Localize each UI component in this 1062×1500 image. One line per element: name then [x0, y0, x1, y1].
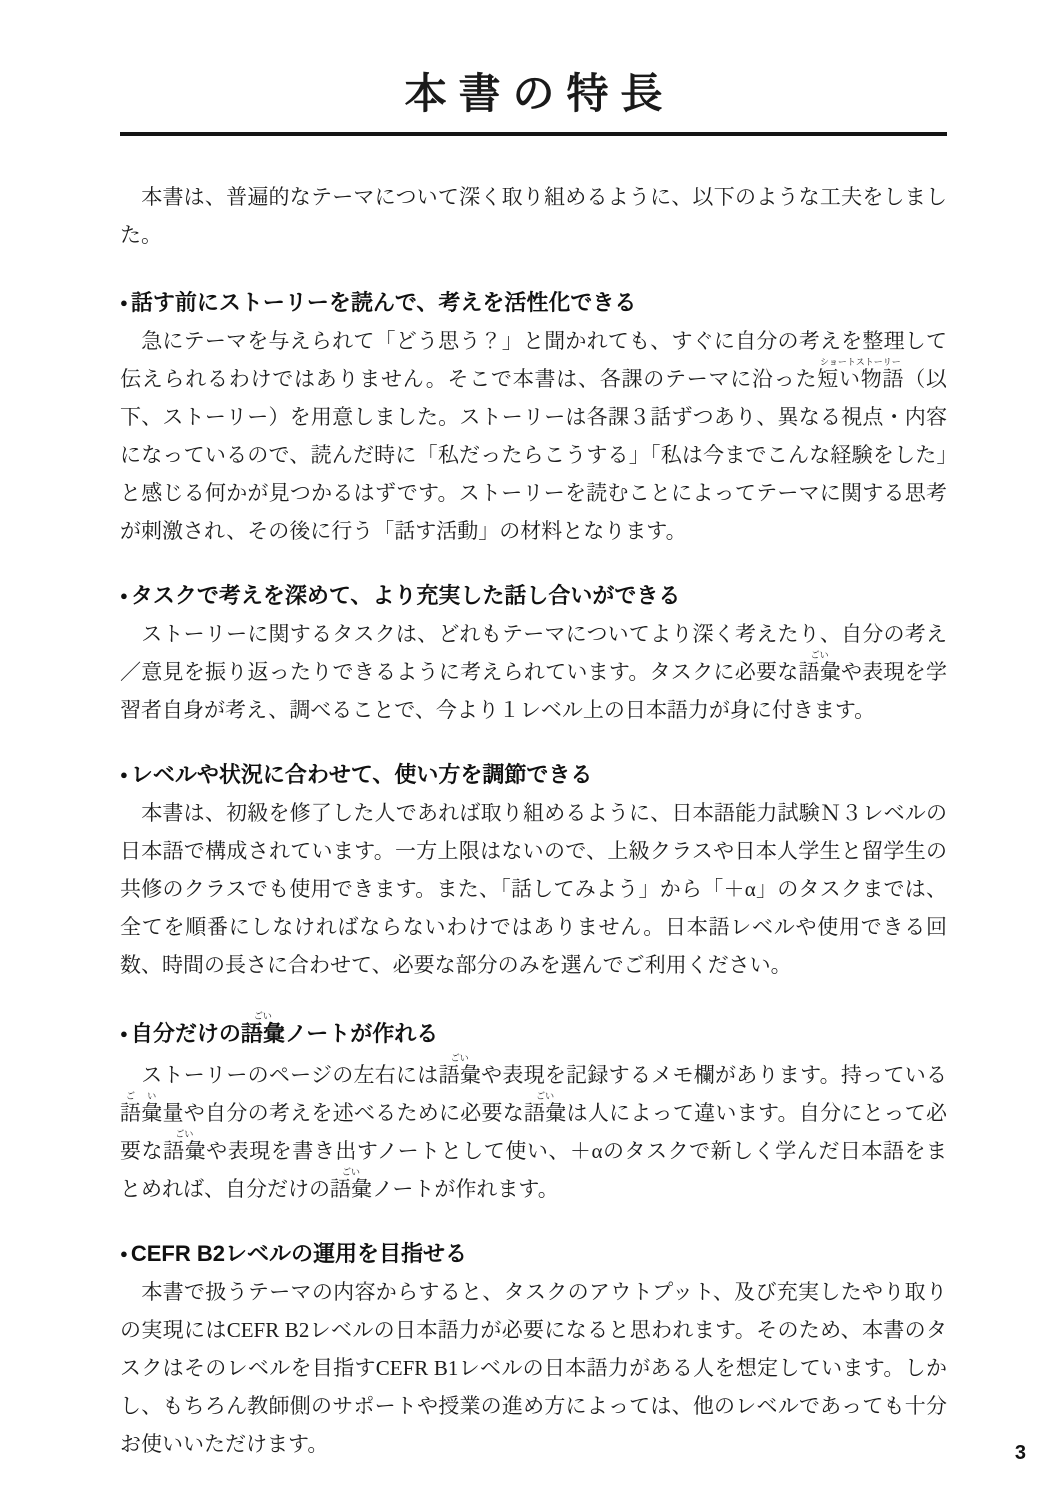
section-heading-text: 自分だけの語彙ごいノートが作れる: [131, 1021, 438, 1046]
section-heading-text: レベルや状況に合わせて、使い方を調節できる: [131, 762, 593, 787]
feature-section: ●タスクで考えを深めて、より充実した話し合いができる ストーリーに関するタスクは…: [120, 577, 947, 729]
section-heading: ●タスクで考えを深めて、より充実した話し合いができる: [120, 577, 947, 615]
bullet-icon: ●: [120, 767, 128, 782]
intro-paragraph: 本書は、普遍的なテーマについて深く取り組めるように、以下のような工夫をしました。: [120, 178, 947, 254]
bullet-icon: ●: [120, 588, 128, 603]
section-heading: ●レベルや状況に合わせて、使い方を調節できる: [120, 756, 947, 794]
bullet-icon: ●: [120, 295, 128, 310]
section-paragraph: 本書は、初級を修了した人であれば取り組めるように、日本語能力試験Ｎ３レベルの日本…: [120, 794, 947, 984]
feature-section: ●話す前にストーリーを読んで、考えを活性化できる 急にテーマを与えられて「どう思…: [120, 284, 947, 550]
section-paragraph: ストーリーに関するタスクは、どれもテーマについてより深く考えたり、自分の考え／意…: [120, 615, 947, 729]
page-number: 3: [1015, 1442, 1026, 1465]
section-heading-text: CEFR B2レベルの運用を目指せる: [131, 1241, 467, 1266]
bullet-icon: ●: [120, 1246, 128, 1261]
feature-section: ●自分だけの語彙ごいノートが作れる ストーリーのページの左右には語彙ごいや表現を…: [120, 1011, 947, 1208]
section-paragraph: 急にテーマを与えられて「どう思う？」と聞かれても、すぐに自分の考えを整理して伝え…: [120, 322, 947, 550]
page-content: 本書の特長 本書は、普遍的なテーマについて深く取り組めるように、以下のような工夫…: [120, 62, 947, 1463]
feature-section: ●レベルや状況に合わせて、使い方を調節できる 本書は、初級を修了した人であれば取…: [120, 756, 947, 984]
feature-section: ●CEFR B2レベルの運用を目指せる 本書で扱うテーマの内容からすると、タスク…: [120, 1235, 947, 1463]
section-heading: ●自分だけの語彙ごいノートが作れる: [120, 1011, 947, 1053]
title-divider: [120, 132, 947, 136]
section-paragraph: 本書で扱うテーマの内容からすると、タスクのアウトプット、及び充実したやり取りの実…: [120, 1273, 947, 1463]
page-title: 本書の特長: [120, 72, 947, 116]
section-heading-text: タスクで考えを深めて、より充実した話し合いができる: [131, 583, 681, 608]
book-page: 本書の特長 本書は、普遍的なテーマについて深く取り組めるように、以下のような工夫…: [0, 0, 1062, 1500]
section-heading: ●話す前にストーリーを読んで、考えを活性化できる: [120, 284, 947, 322]
bullet-icon: ●: [120, 1026, 128, 1041]
section-heading-text: 話す前にストーリーを読んで、考えを活性化できる: [131, 290, 637, 315]
section-heading: ●CEFR B2レベルの運用を目指せる: [120, 1235, 947, 1273]
section-paragraph: ストーリーのページの左右には語彙ごいや表現を記録するメモ欄があります。持っている…: [120, 1053, 947, 1208]
